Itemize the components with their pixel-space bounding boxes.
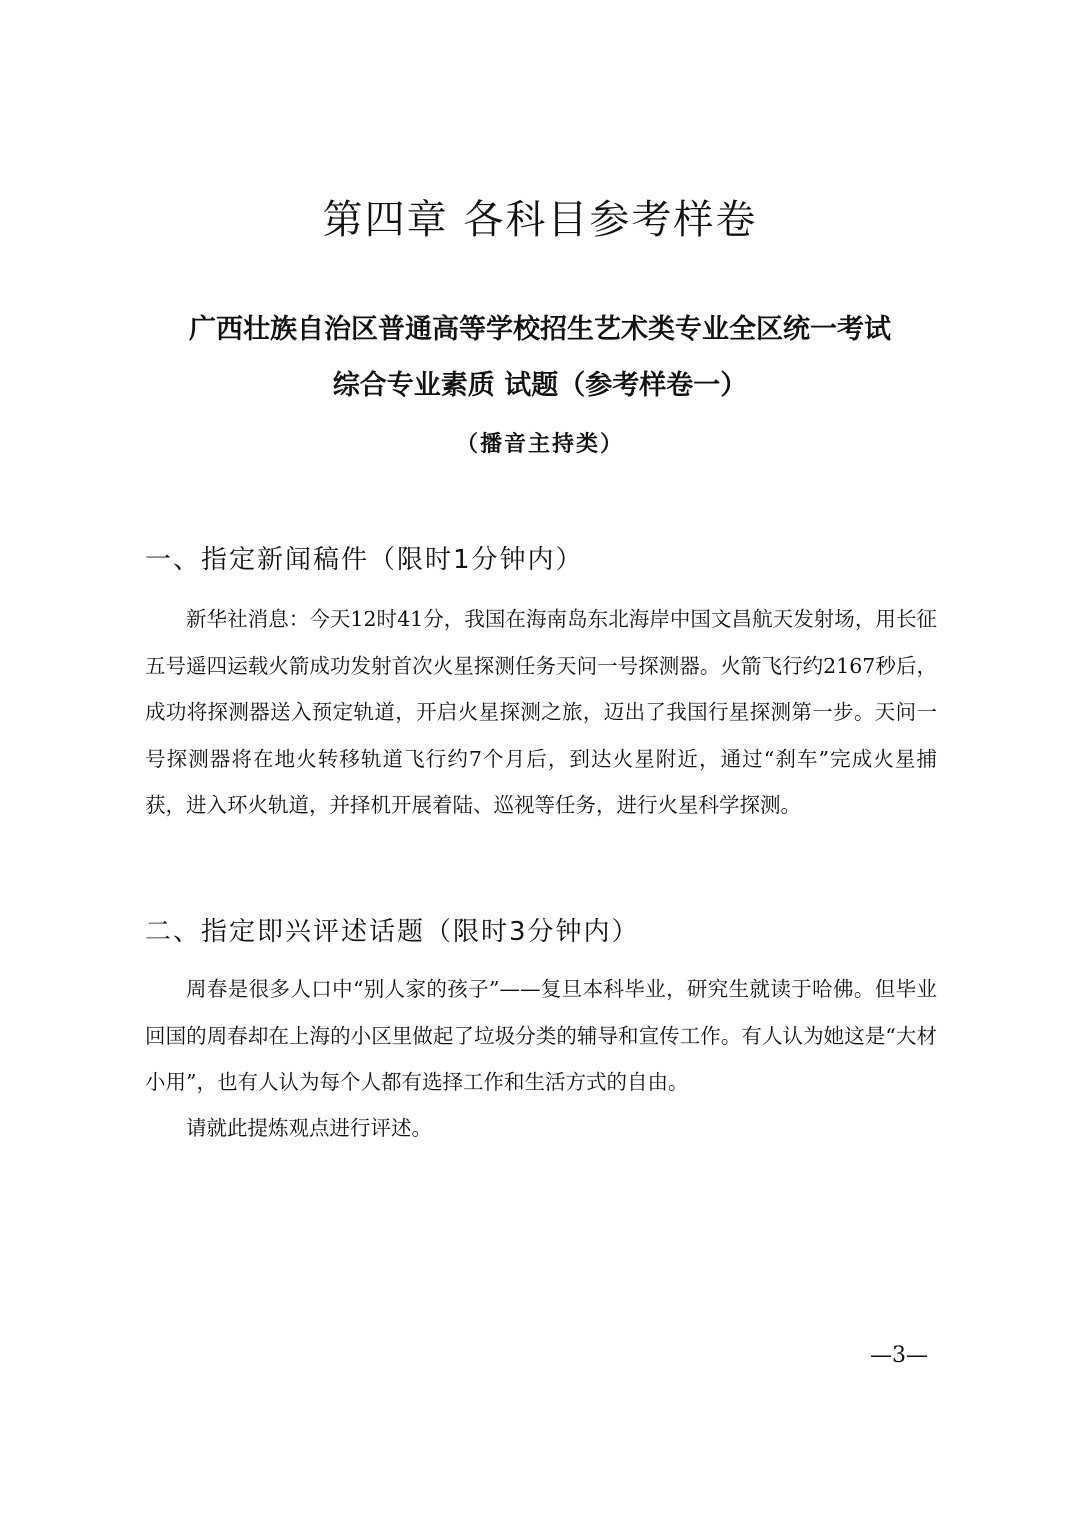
document-page: 第四章 各科目参考样卷 广西壮族自治区普通高等学校招生艺术类专业全区统一考试 综… <box>0 0 1080 1527</box>
commentary-instruction: 请就此提炼观点进行评述。 <box>145 1105 937 1152</box>
exam-category: （播音主持类） <box>0 428 1080 460</box>
commentary-paragraph: 周春是很多人口中“别人家的孩子”——复旦本科毕业，研究生就读于哈佛。但毕业回国的… <box>145 966 937 1106</box>
exam-title-line1: 广西壮族自治区普通高等学校招生艺术类专业全区统一考试 <box>0 310 1080 350</box>
section-heading-commentary: 二、指定即兴评述话题（限时3分钟内） <box>145 912 945 952</box>
news-paragraph: 新华社消息：今天12时41分，我国在海南岛东北海岸中国文昌航天发射场，用长征五号… <box>145 596 937 829</box>
chapter-title: 第四章 各科目参考样卷 <box>0 192 1080 248</box>
page-number: —3— <box>870 1340 928 1372</box>
exam-title-line2: 综合专业素质 试题（参考样卷一） <box>0 366 1080 406</box>
section-heading-news: 一、指定新闻稿件（限时1分钟内） <box>145 540 945 580</box>
